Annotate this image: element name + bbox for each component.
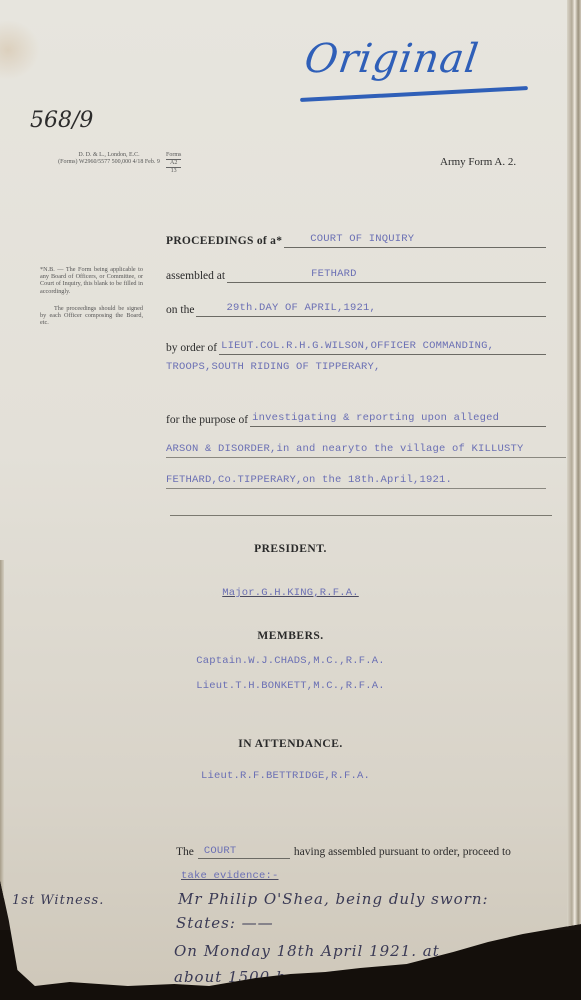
assembled-label: assembled at — [166, 270, 225, 283]
purpose-value-line-2: ARSON & DISORDER,in and nearyto the vill… — [166, 443, 524, 455]
order-label: by order of — [166, 342, 217, 355]
sidenote: *N.B. — The Form being applicable to any… — [40, 266, 143, 336]
testimony-line-4: about 1500 hours I was on the... — [174, 968, 452, 986]
closing-action: take evidence:- — [181, 870, 279, 882]
proceedings-label: PROCEEDINGS of a* — [166, 235, 282, 248]
purpose-label: for the purpose of — [166, 414, 248, 427]
order-value-line-2: TROOPS,SOUTH RIDING OF TIPPERARY, — [166, 361, 381, 373]
president-heading: PRESIDENT. — [0, 543, 581, 555]
original-underline — [300, 86, 528, 102]
date-label: on the — [166, 304, 194, 317]
testimony-line-2: States: —— — [176, 914, 274, 932]
member-row-1: Captain.W.J.CHADS,M.C.,R.F.A. — [0, 650, 581, 668]
purpose-line-3: FETHARD,Co.TIPPERARY,on the 18th.April,1… — [166, 470, 546, 489]
reference-number: 568/9 — [30, 108, 93, 133]
printer-imprint: D. D. & L., London, E.C. (Forms) W2960/5… — [34, 152, 184, 166]
printer-imprint-line-1: D. D. & L., London, E.C. — [34, 152, 184, 159]
paper-fold-edge — [567, 0, 581, 930]
forms-number: A2 — [166, 159, 181, 168]
purpose-value-line-3: FETHARD,Co.TIPPERARY,on the 18th.April,1… — [166, 474, 452, 486]
closing-the-label: The — [176, 846, 194, 859]
president-name-row: Major.G.H.KING,R.F.A. — [0, 582, 581, 600]
order-field: LIEUT.COL.R.H.G.WILSON,OFFICER COMMANDIN… — [219, 336, 546, 355]
attendance-heading: IN ATTENDANCE. — [0, 738, 581, 750]
president-name: Major.G.H.KING,R.F.A. — [222, 587, 359, 599]
forms-label: Forms — [166, 152, 181, 159]
order-value-line-1: LIEUT.COL.R.H.G.WILSON,OFFICER COMMANDIN… — [221, 340, 494, 352]
closing-body-field: COURT — [198, 844, 290, 859]
paper-stain — [0, 20, 40, 80]
purpose-line-2: ARSON & DISORDER,in and nearyto the vill… — [166, 439, 566, 458]
printer-imprint-line-2: (Forms) W2960/5577 500,000 4/18 Feb. 9 — [34, 159, 184, 166]
sidenote-signing: The proceedings should be signed by each… — [40, 305, 143, 327]
order-line-2: TROOPS,SOUTH RIDING OF TIPPERARY, — [166, 357, 546, 375]
forms-sub: 13 — [166, 168, 181, 175]
assembled-row: assembled at FETHARD — [166, 263, 546, 283]
proceedings-field: COURT OF INQUIRY — [284, 229, 546, 248]
proceedings-value: COURT OF INQUIRY — [310, 233, 414, 245]
original-stamp: Original — [302, 36, 482, 82]
date-row: on the 29th.DAY OF APRIL,1921, — [166, 297, 546, 317]
closing-body-value: COURT — [204, 845, 237, 857]
testimony-line-3: On Monday 18th April 1921. at — [174, 942, 440, 960]
proceedings-row: PROCEEDINGS of a* COURT OF INQUIRY — [166, 228, 546, 248]
closing-continuation: having assembled pursuant to order, proc… — [294, 846, 511, 859]
member-row-2: Lieut.T.H.BONKETT,M.C.,R.F.A. — [0, 675, 581, 693]
army-form-id: Army Form A. 2. — [440, 156, 516, 168]
assembled-field: FETHARD — [227, 264, 546, 283]
order-row: by order of LIEUT.COL.R.H.G.WILSON,OFFIC… — [166, 335, 546, 355]
attendance-row: Lieut.R.F.BETTRIDGE,R.F.A. — [0, 765, 581, 783]
section-divider — [170, 515, 552, 516]
closing-row: The COURT having assembled pursuant to o… — [176, 844, 511, 859]
members-heading: MEMBERS. — [0, 630, 581, 642]
closing-action-row: take evidence:- — [181, 865, 279, 883]
document-page: Original 568/9 D. D. & L., London, E.C. … — [0, 0, 581, 1000]
forms-reference: Forms A2 13 — [166, 152, 181, 175]
member-name: Lieut.T.H.BONKETT,M.C.,R.F.A. — [196, 680, 385, 692]
member-name: Captain.W.J.CHADS,M.C.,R.F.A. — [196, 655, 385, 667]
purpose-row: for the purpose of investigating & repor… — [166, 407, 546, 427]
date-field: 29th.DAY OF APRIL,1921, — [196, 298, 546, 317]
purpose-field: investigating & reporting upon alleged — [250, 408, 546, 427]
witness-margin-note: 1st Witness. — [12, 893, 104, 908]
date-value: 29th.DAY OF APRIL,1921, — [226, 302, 376, 314]
attendance-name: Lieut.R.F.BETTRIDGE,R.F.A. — [201, 770, 370, 782]
testimony-line-1: Mr Philip O'Shea, being duly sworn: — [178, 890, 489, 908]
assembled-value: FETHARD — [311, 268, 357, 280]
sidenote-nb: *N.B. — The Form being applicable to any… — [40, 266, 143, 295]
purpose-value-line-1: investigating & reporting upon alleged — [252, 412, 499, 424]
